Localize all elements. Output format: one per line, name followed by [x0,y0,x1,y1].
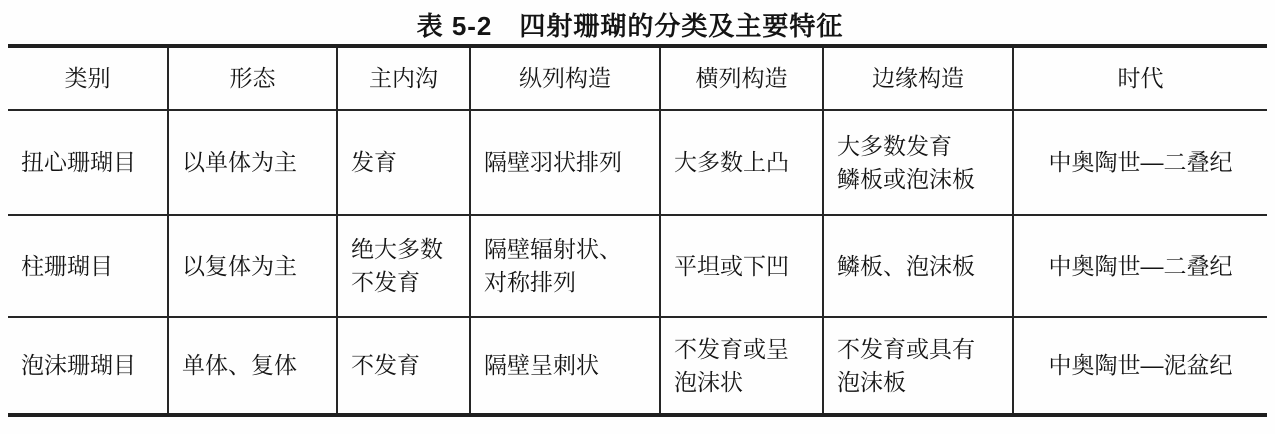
table-cell: 平坦或下凹 [660,215,823,317]
table-cell: 中奥陶世—二叠纪 [1013,110,1267,215]
table-cell: 鳞板、泡沫板 [823,215,1013,317]
header-cell-cardinal-fossula: 主内沟 [337,46,470,110]
table-row: 泡沫珊瑚目 单体、复体 不发育 隔壁呈刺状 不发育或呈 泡沫状 不发育或具有 泡… [8,317,1267,415]
table-cell: 发育 [337,110,470,215]
table-header-row: 类别 形态 主内沟 纵列构造 横列构造 边缘构造 时代 [8,46,1267,110]
table-cell: 大多数发育 鳞板或泡沫板 [823,110,1013,215]
header-cell-longitudinal-structure: 纵列构造 [470,46,660,110]
table-cell: 中奥陶世—二叠纪 [1013,215,1267,317]
row-header-order: 扭心珊瑚目 [8,110,168,215]
header-cell-transverse-structure: 横列构造 [660,46,823,110]
header-cell-category: 类别 [8,46,168,110]
row-header-order: 柱珊瑚目 [8,215,168,317]
table-cell: 不发育或呈 泡沫状 [660,317,823,415]
table-cell: 不发育或具有 泡沫板 [823,317,1013,415]
table-cell: 不发育 [337,317,470,415]
table-title: 表 5-2 四射珊瑚的分类及主要特征 [0,9,1260,44]
row-header-order: 泡沫珊瑚目 [8,317,168,415]
header-cell-morphology: 形态 [168,46,337,110]
table-cell: 单体、复体 [168,317,337,415]
table-cell: 中奥陶世—泥盆纪 [1013,317,1267,415]
table-cell: 以单体为主 [168,110,337,215]
table-row: 扭心珊瑚目 以单体为主 发育 隔壁羽状排列 大多数上凸 大多数发育 鳞板或泡沫板… [8,110,1267,215]
rugose-coral-classification-table: 类别 形态 主内沟 纵列构造 横列构造 边缘构造 时代 扭心珊瑚目 以单体为主 … [8,44,1267,417]
table-cell: 以复体为主 [168,215,337,317]
table-cell: 隔壁羽状排列 [470,110,660,215]
table-row: 柱珊瑚目 以复体为主 绝大多数 不发育 隔壁辐射状、 对称排列 平坦或下凹 鳞板… [8,215,1267,317]
table-cell: 隔壁呈刺状 [470,317,660,415]
table-cell: 大多数上凸 [660,110,823,215]
table-cell: 隔壁辐射状、 对称排列 [470,215,660,317]
table-cell: 绝大多数 不发育 [337,215,470,317]
header-cell-marginal-structure: 边缘构造 [823,46,1013,110]
header-cell-geologic-age: 时代 [1013,46,1267,110]
